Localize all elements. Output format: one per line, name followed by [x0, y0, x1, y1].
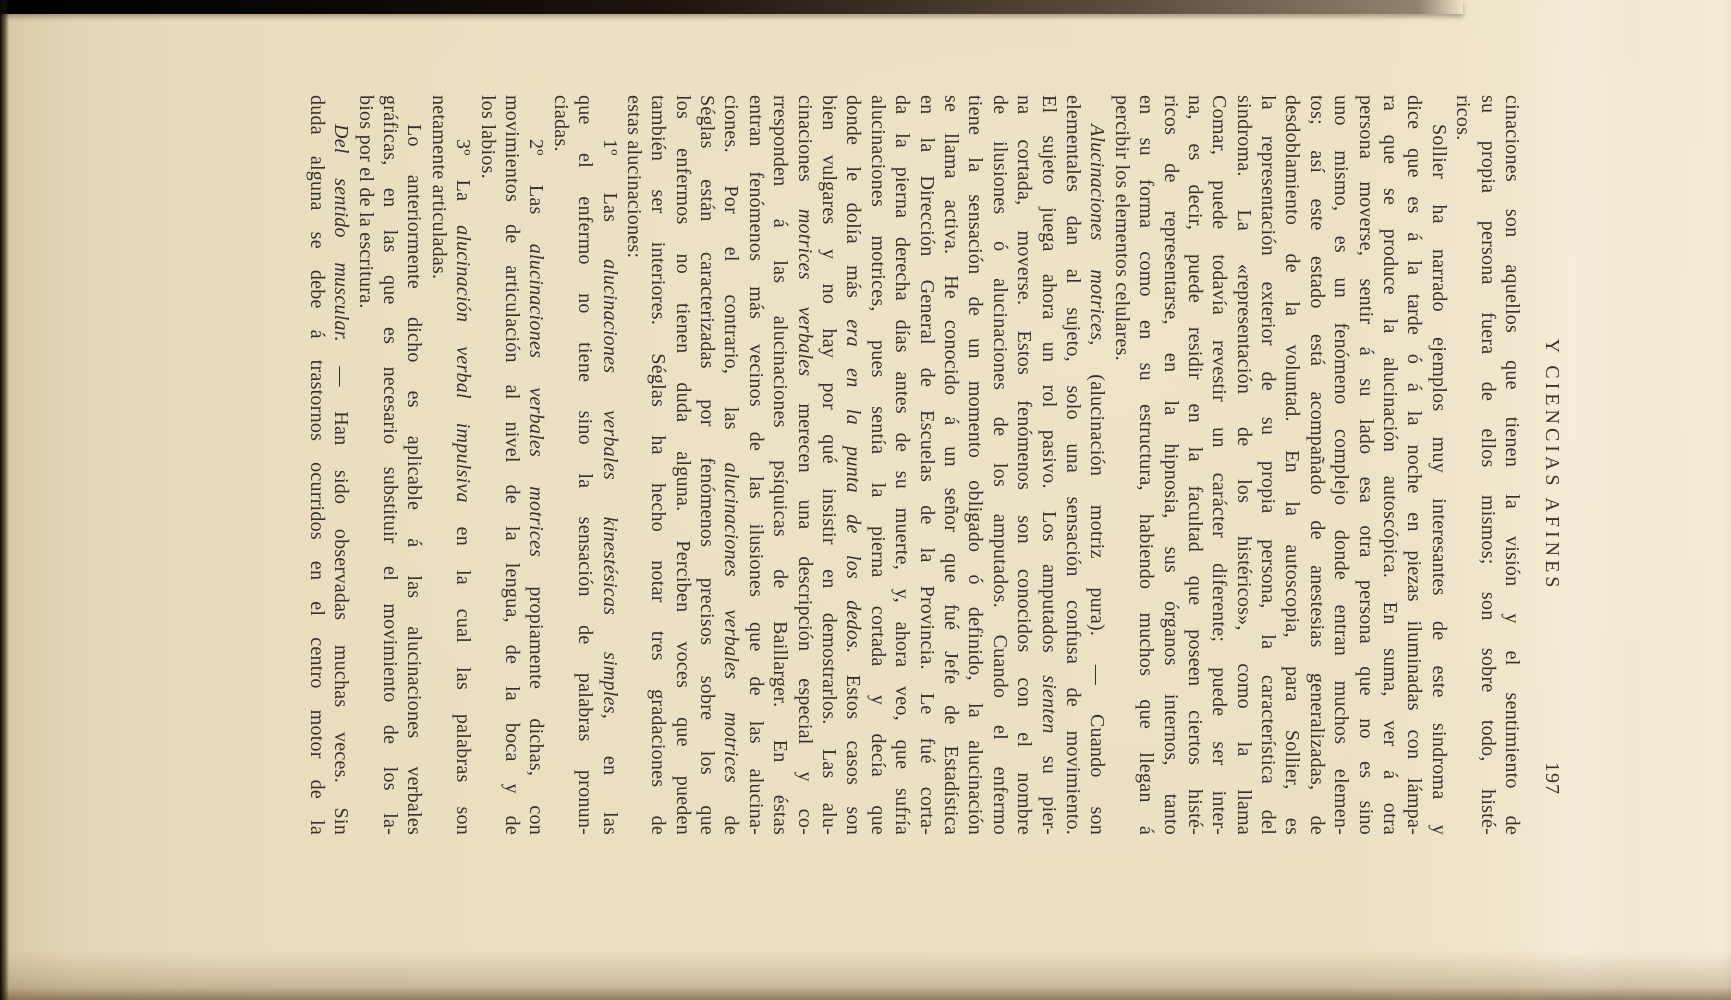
- text-line: movimientos de articulación al nivel de …: [500, 95, 524, 835]
- text-segment: desdoblamiento de la voluntad. En la aut…: [1281, 95, 1303, 835]
- text-segment: Lo anteriormente dicho es aplicable á la…: [403, 124, 425, 835]
- text-line: donde le dolía más era en la punta de lo…: [841, 95, 865, 835]
- text-line: ciadas.: [548, 95, 572, 835]
- text-line: El sujeto juega ahora un rol pasivo. Los…: [1036, 95, 1060, 835]
- text-segment: Sollier ha narrado ejemplos muy interesa…: [1428, 124, 1450, 835]
- text-segment: tos; así este estado está acompañado de …: [1306, 95, 1328, 835]
- italic-text-segment: sienten: [1038, 675, 1060, 733]
- text-segment: los enfermos no tienen duda alguna. Perc…: [672, 95, 694, 835]
- text-segment: que el enfermo no tiene sino la sensació…: [574, 95, 596, 835]
- text-segment: en la Dirección General de Escuelas de l…: [916, 95, 938, 835]
- text-segment: percibir los elementos celulares.: [1111, 95, 1133, 361]
- italic-text-segment: Del sentido muscular.: [330, 124, 352, 342]
- text-segment: tiene la sensación de un momento obligad…: [964, 95, 986, 835]
- page-foot-edge-shadow: [0, 0, 9, 1000]
- text-segment: ricos de representarse, en la hipnosia, …: [1160, 95, 1182, 835]
- italic-text-segment: alucinaciones verbales motrices: [721, 463, 743, 783]
- book-page: Y CIENCIAS AFINES 197 cinaciones son aqu…: [0, 0, 1731, 1000]
- text-segment: estas alucinaciones:: [623, 95, 645, 258]
- text-segment: cinaciones: [794, 95, 816, 209]
- italic-text-segment: alucinaciones verbales motrices: [525, 244, 547, 557]
- text-line: Sollier ha narrado ejemplos muy interesa…: [1426, 95, 1450, 835]
- text-line: persona moverse, sentir á su lado esa ot…: [1353, 95, 1377, 835]
- text-segment: en su forma como en su estructura, habie…: [1135, 95, 1157, 835]
- text-segment: dice que es á la tarde ó á la noche en p…: [1403, 95, 1425, 835]
- text-segment: de: [721, 783, 743, 835]
- text-line: entran fenómenos más vecinos de las ilus…: [744, 95, 768, 835]
- text-block: cinaciones son aquellos que tienen la vi…: [304, 95, 1524, 835]
- text-segment: 3º La: [452, 139, 474, 225]
- text-line: los labios.: [475, 95, 499, 835]
- text-segment: duda alguna se debe á trastornos ocurrid…: [306, 95, 328, 835]
- text-segment: ciones. Por el contrario, las: [721, 95, 743, 463]
- text-line: na cortada, moverse. Estos fenómenos son…: [1012, 95, 1036, 835]
- text-line: gráficas, en las que es necesario substi…: [378, 95, 402, 835]
- text-line: elementales dan al sujeto, solo una sens…: [1061, 95, 1085, 835]
- text-segment: ra que se produce la alucinación autoscó…: [1379, 95, 1401, 835]
- text-segment: de ilusiones ó alucinaciones de los ampu…: [989, 95, 1011, 835]
- text-segment: netamente articuladas.: [428, 95, 450, 279]
- text-segment: da la pierna derecha días antes de su mu…: [891, 95, 913, 835]
- text-line: ciones. Por el contrario, las alucinacio…: [719, 95, 743, 835]
- text-line: 3º La alucinación verbal impulsiva en la…: [451, 95, 475, 835]
- text-line: Lo anteriormente dicho es aplicable á la…: [402, 95, 426, 835]
- text-line: cinaciones motrices verbales merecen una…: [792, 95, 816, 835]
- text-segment: gráficas, en las que es necesario substi…: [379, 95, 401, 835]
- text-segment: na, es decir, puede residir en la facult…: [1184, 95, 1206, 835]
- text-line: en la Dirección General de Escuelas de l…: [914, 95, 938, 835]
- text-segment: merecen una descripción especial y co-: [794, 376, 816, 835]
- text-segment: Séglas están caracterizadas por fenómeno…: [696, 95, 718, 835]
- text-line: da la pierna derecha días antes de su mu…: [890, 95, 914, 835]
- text-line: ricos.: [1451, 95, 1475, 835]
- text-line: Comar, puede todavía revestir un carácte…: [1207, 95, 1231, 835]
- text-line: alucinaciones motrices, pues sentía la p…: [865, 95, 889, 835]
- text-line: tiene la sensación de un momento obligad…: [963, 95, 987, 835]
- text-segment: movimientos de articulación al nivel de …: [501, 95, 523, 835]
- text-line: Séglas están caracterizadas por fenómeno…: [695, 95, 719, 835]
- text-line: uno mismo, es un fenómeno complejo donde…: [1329, 95, 1353, 835]
- text-segment: los labios.: [477, 95, 499, 179]
- text-line: ra que se produce la alucinación autoscó…: [1378, 95, 1402, 835]
- running-title: Y CIENCIAS AFINES: [1540, 95, 1563, 835]
- italic-text-segment: motrices verbales: [794, 209, 816, 377]
- page-number: 197: [1540, 762, 1563, 795]
- text-segment: se llama activa. He conocido á un señor …: [940, 95, 962, 835]
- italic-text-segment: alucinación verbal impulsiva: [452, 225, 474, 503]
- text-line: sindroma. La «representación de los hist…: [1231, 95, 1255, 835]
- text-segment: Comar, puede todavía revestir un carácte…: [1208, 95, 1230, 835]
- text-segment: ciadas.: [550, 95, 572, 152]
- text-segment: uno mismo, es un fenómeno complejo donde…: [1330, 95, 1352, 835]
- text-line: su propia persona fuera de ellos mismos;…: [1475, 95, 1499, 835]
- text-segment: bios por el de la escritura.: [355, 95, 377, 309]
- text-segment: también ser interiores. Séglas ha hecho …: [647, 95, 669, 835]
- italic-text-segment: era en la punta de los dedos.: [842, 319, 864, 653]
- text-segment: (alucinación motriz pura). — Cuando son: [1086, 345, 1108, 835]
- text-line: la representación exterior de su propia …: [1256, 95, 1280, 835]
- text-line: Del sentido muscular. — Han sido observa…: [329, 95, 353, 835]
- text-line: estas alucinaciones:: [622, 95, 646, 835]
- text-segment: 2º Las: [525, 139, 547, 244]
- text-line: también ser interiores. Séglas ha hecho …: [646, 95, 670, 835]
- text-line: los enfermos no tienen duda alguna. Perc…: [670, 95, 694, 835]
- text-line: na, es decir, puede residir en la facult…: [1183, 95, 1207, 835]
- text-segment: — Han sido observadas muchas veces. Sin: [330, 342, 352, 835]
- text-segment: persona moverse, sentir á su lado esa ot…: [1355, 95, 1377, 835]
- text-segment: en las: [599, 719, 621, 835]
- text-segment: Estos casos son: [842, 653, 864, 835]
- text-line: duda alguna se debe á trastornos ocurrid…: [304, 95, 328, 835]
- text-line: de ilusiones ó alucinaciones de los ampu…: [987, 95, 1011, 835]
- text-segment: elementales dan al sujeto, solo una sens…: [1062, 95, 1084, 835]
- text-segment: na cortada, moverse. Estos fenómenos son…: [1013, 95, 1035, 835]
- text-line: bien vulgares y no hay por qué insistir …: [817, 95, 841, 835]
- text-segment: rresponden á las alucinaciones psíquicas…: [769, 95, 791, 835]
- text-line: percibir los elementos celulares.: [1109, 95, 1133, 835]
- text-segment: bien vulgares y no hay por qué insistir …: [818, 95, 840, 835]
- page-gutter-shadow: [0, 0, 1463, 14]
- text-line: se llama activa. He conocido á un señor …: [939, 95, 963, 835]
- text-line: desdoblamiento de la voluntad. En la aut…: [1280, 95, 1304, 835]
- text-segment: en la cual las palabras son: [452, 503, 474, 835]
- italic-text-segment: alucinaciones verbales kinestésicas simp…: [599, 259, 621, 719]
- text-segment: alucinaciones motrices, pues sentía la p…: [867, 95, 889, 835]
- text-line: rresponden á las alucinaciones psíquicas…: [768, 95, 792, 835]
- text-line: netamente articuladas.: [426, 95, 450, 835]
- text-line: tos; así este estado está acompañado de …: [1304, 95, 1328, 835]
- text-line: Alucinaciones motrices, (alucinación mot…: [1085, 95, 1109, 835]
- italic-text-segment: Alucinaciones motrices,: [1086, 124, 1108, 345]
- text-line: cinaciones son aquellos que tienen la vi…: [1500, 95, 1524, 835]
- text-line: en su forma como en su estructura, habie…: [1134, 95, 1158, 835]
- text-segment: sindroma. La «representación de los hist…: [1233, 95, 1255, 835]
- text-segment: cinaciones son aquellos que tienen la vi…: [1501, 95, 1523, 835]
- text-segment: 1º Las: [599, 139, 621, 259]
- text-segment: propiamente dichas, con: [525, 557, 547, 835]
- text-segment: ricos.: [1452, 95, 1474, 140]
- text-line: bios por el de la escritura.: [353, 95, 377, 835]
- scanned-book-photo: Y CIENCIAS AFINES 197 cinaciones son aqu…: [0, 0, 1731, 1000]
- text-segment: su propia persona fuera de ellos mismos;…: [1477, 95, 1499, 835]
- text-line: 1º Las alucinaciones verbales kinestésic…: [597, 95, 621, 835]
- text-line: ricos de representarse, en la hipnosia, …: [1158, 95, 1182, 835]
- text-segment: El sujeto juega ahora un rol pasivo. Los…: [1038, 95, 1060, 675]
- page-header: Y CIENCIAS AFINES 197: [1537, 95, 1563, 835]
- text-line: dice que es á la tarde ó á la noche en p…: [1402, 95, 1426, 835]
- text-segment: donde le dolía más: [842, 95, 864, 319]
- text-line: 2º Las alucinaciones verbales motrices p…: [524, 95, 548, 835]
- text-segment: su pier-: [1038, 734, 1060, 835]
- text-segment: la representación exterior de su propia …: [1257, 95, 1279, 835]
- text-line: que el enfermo no tiene sino la sensació…: [573, 95, 597, 835]
- text-segment: entran fenómenos más vecinos de las ilus…: [745, 95, 767, 835]
